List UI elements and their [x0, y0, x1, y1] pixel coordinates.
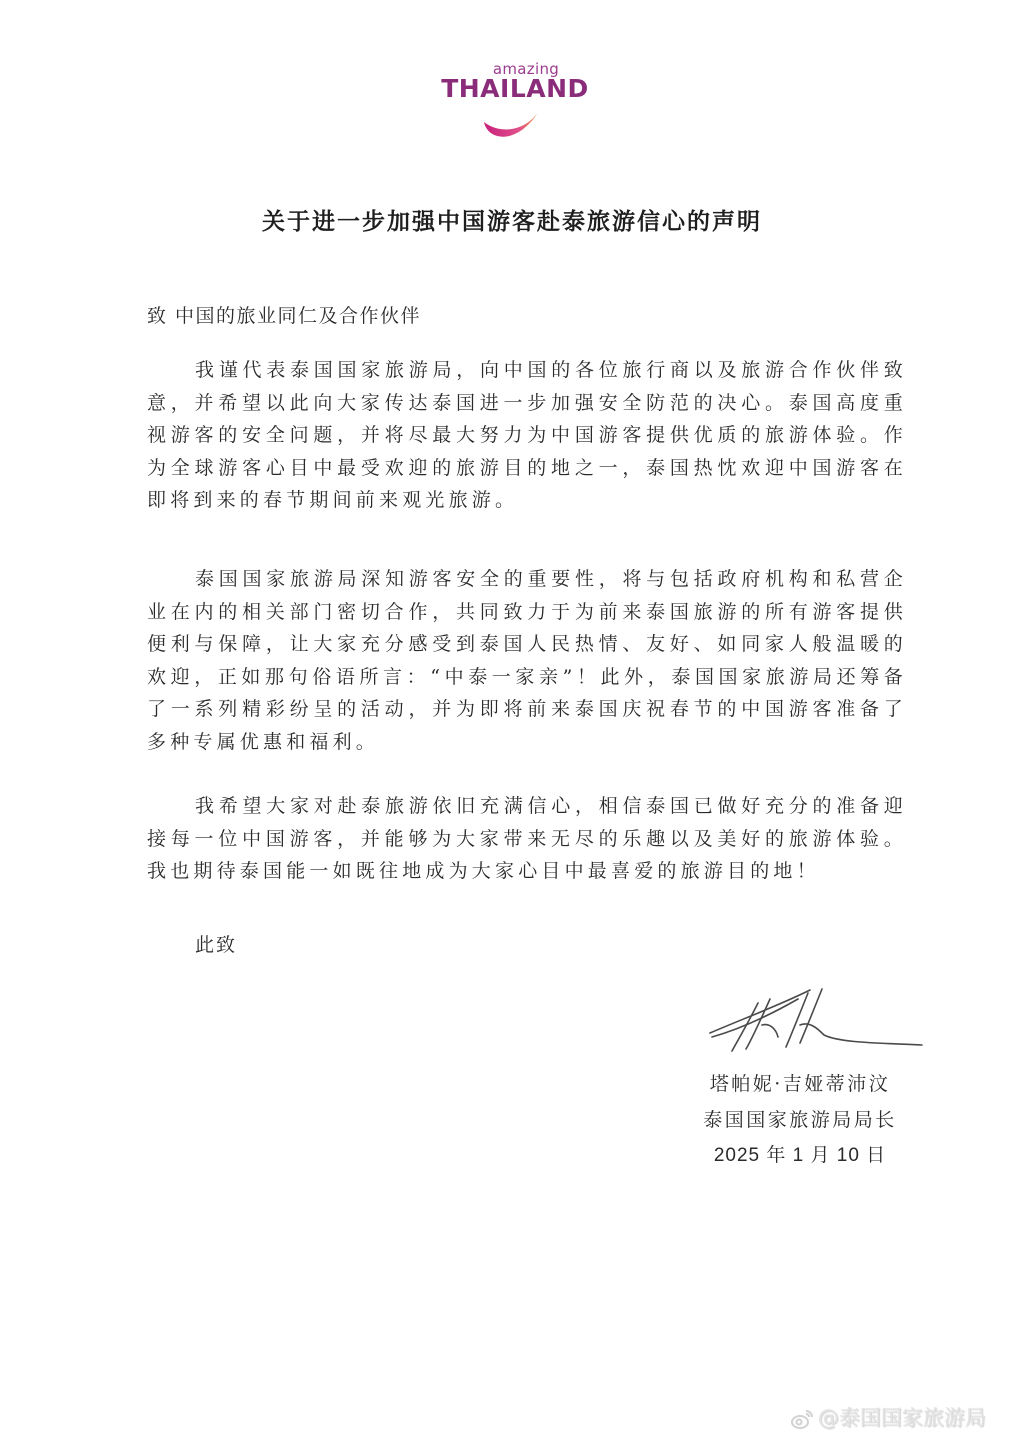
- paragraph-2: 泰国国家旅游局深知游客安全的重要性，将与包括政府机构和私营企业在内的相关部门密切…: [147, 563, 907, 758]
- salutation: 致 中国的旅业同仁及合作伙伴: [147, 301, 421, 328]
- signature-block: 塔帕妮·吉娅蒂沛汶 泰国国家旅游局局长 2025 年 1 月 10 日: [690, 1066, 910, 1174]
- logo-thailand-text: THAILAND: [440, 74, 590, 103]
- signer-name: 塔帕妮·吉娅蒂沛汶: [690, 1066, 910, 1102]
- paragraph-3: 我希望大家对赴泰旅游依旧充满信心，相信泰国已做好充分的准备迎接每一位中国游客，并…: [147, 790, 907, 888]
- watermark-text: @泰国国家旅游局: [818, 1406, 986, 1430]
- signing-date: 2025 年 1 月 10 日: [690, 1138, 910, 1174]
- weibo-watermark: @泰国国家旅游局: [790, 1402, 986, 1432]
- closing-remark: 此致: [195, 930, 237, 957]
- signer-position: 泰国国家旅游局局长: [690, 1102, 910, 1138]
- paragraph-1: 我谨代表泰国国家旅游局，向中国的各位旅行商以及旅游合作伙伴致意，并希望以此向大家…: [147, 354, 907, 517]
- amazing-thailand-logo: amazing THAILAND: [440, 58, 590, 148]
- handwritten-signature: [700, 985, 925, 1060]
- logo-smile-icon: [480, 102, 550, 146]
- weibo-icon: [790, 1408, 814, 1430]
- document-title: 关于进一步加强中国游客赴泰旅游信心的声明: [0, 203, 1024, 236]
